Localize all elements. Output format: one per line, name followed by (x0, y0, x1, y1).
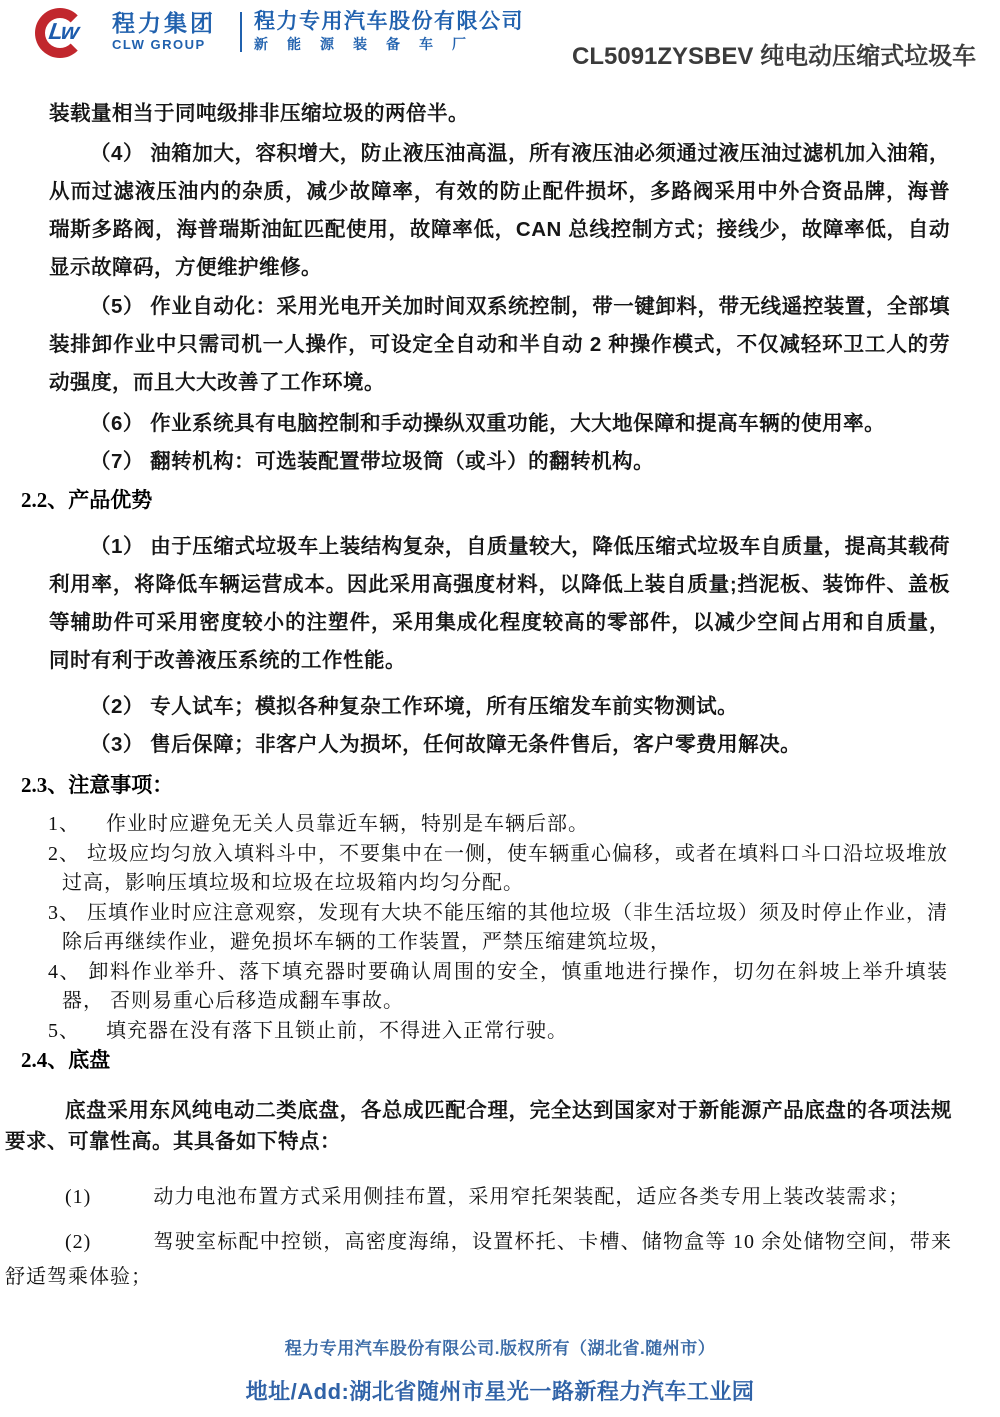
address-line: 地址/Add:湖北省随州市星光一路新程力汽车工业园 (0, 1378, 1000, 1406)
notice-item-number: 5、 (48, 1020, 80, 1042)
notice-list: 1、作业时应避免无关人员靠近车辆，特别是车辆后部。 2、垃圾应均匀放入填料斗中，… (0, 810, 1000, 1046)
chassis-item-1: (1)动力电池布置方式采用侧挂布置，采用窄托架装配，适应各类专用上装改装需求； (5, 1180, 952, 1215)
document-body: 装载量相当于同吨级排非压缩垃圾的两倍半。 （4） 油箱加大，容积增大，防止液压油… (0, 95, 1000, 1295)
notice-item-3: 3、压填作业时应注意观察，发现有大块不能压缩的其他垃圾（非生活垃圾）须及时停止作… (62, 899, 948, 958)
page-header: Lw 程力集团 CLW GROUP 程力专用汽车股份有限公司 新能源装备车厂 C… (0, 0, 1000, 70)
notice-item-5: 5、填充器在没有落下且锁止前，不得进入正常行驶。 (62, 1017, 948, 1047)
feature-paragraph-5: （5） 作业自动化：采用光电开关加时间双系统控制，带一键卸料，带无线遥控装置，全… (49, 288, 950, 402)
chassis-item-number: (2) (65, 1231, 91, 1253)
notice-item-text: 压填作业时应注意观察，发现有大块不能压缩的其他垃圾（非生活垃圾）须及时停止作业，… (62, 902, 948, 954)
document-page: Lw 程力集团 CLW GROUP 程力专用汽车股份有限公司 新能源装备车厂 C… (0, 0, 1000, 1417)
copyright-line: 程力专用汽车股份有限公司.版权所有（湖北省.随州市） (0, 1338, 1000, 1360)
notice-item-text: 填充器在没有落下且锁止前，不得进入正常行驶。 (106, 1020, 568, 1042)
notice-item-text: 作业时应避免无关人员靠近车辆，特别是车辆后部。 (106, 813, 589, 835)
feature-paragraph-6: （6） 作业系统具有电脑控制和手动操纵双重功能，大大地保障和提高车辆的使用率。 (49, 405, 950, 443)
notice-item-number: 2、 (48, 843, 80, 865)
notice-item-number: 1、 (48, 813, 80, 835)
advantage-paragraph-3: （3） 售后保障；非客户人为损坏，任何故障无条件售后，客户零费用解决。 (49, 726, 950, 764)
chassis-item-text: 驾驶室标配中控锁，高密度海绵，设置杯托、卡槽、储物盒等 10 余处储物空间，带来… (5, 1231, 952, 1288)
brand-name-en: CLW GROUP (112, 38, 242, 52)
advantage-paragraph-1: （1） 由于压缩式垃圾车上装结构复杂，自质量较大，降低压缩式垃圾车自质量，提高其… (49, 528, 950, 680)
advantage-paragraph-2: （2） 专人试车；模拟各种复杂工作环境，所有压缩发车前实物测试。 (49, 688, 950, 726)
chassis-item-2: (2)驾驶室标配中控锁，高密度海绵，设置杯托、卡槽、储物盒等 10 余处储物空间… (5, 1225, 952, 1295)
company-name: 程力专用汽车股份有限公司 (254, 10, 574, 33)
feature-paragraph-4: （4） 油箱加大，容积增大，防止液压油高温，所有液压油必须通过液压油过滤机加入油… (49, 135, 950, 287)
clw-logo: Lw (35, 7, 99, 59)
company-subtitle: 新能源装备车厂 (254, 36, 574, 52)
notice-item-4: 4、卸料作业举升、落下填充器时要确认周围的安全，慎重地进行操作，切勿在斜坡上举升… (62, 958, 948, 1017)
chassis-intro-paragraph: 底盘采用东风纯电动二类底盘，各总成匹配合理，完全达到国家对于新能源产品底盘的各项… (5, 1095, 952, 1157)
notice-item-1: 1、作业时应避免无关人员靠近车辆，特别是车辆后部。 (62, 810, 948, 840)
brand-name-cn: 程力集团 (112, 11, 242, 36)
company-block: 程力专用汽车股份有限公司 新能源装备车厂 (254, 10, 574, 52)
feature-paragraph-7: （7） 翻转机构：可选装配置带垃圾筒（或斗）的翻转机构。 (49, 443, 950, 481)
notice-item-number: 4、 (48, 961, 81, 983)
section-heading-2-3: 2.3、注意事项： (21, 772, 1000, 798)
notice-item-text: 卸料作业举升、落下填充器时要确认周围的安全，慎重地进行操作，切勿在斜坡上举升填装… (62, 961, 948, 1013)
document-title: CL5091ZYSBEV 纯电动压缩式垃圾车 (572, 36, 992, 71)
page-footer: 程力专用汽车股份有限公司.版权所有（湖北省.随州市） 地址/Add:湖北省随州市… (0, 1338, 1000, 1406)
notice-item-2: 2、垃圾应均匀放入填料斗中，不要集中在一侧，使车辆重心偏移，或者在填料口斗口沿垃… (62, 840, 948, 899)
notice-item-text: 垃圾应均匀放入填料斗中，不要集中在一侧，使车辆重心偏移，或者在填料口斗口沿垃圾堆… (62, 843, 948, 895)
notice-item-number: 3、 (48, 902, 80, 924)
brand-block: 程力集团 CLW GROUP (112, 11, 242, 52)
logo-lw-icon: Lw (47, 18, 79, 45)
chassis-item-number: (1) (65, 1186, 91, 1208)
paragraph-continuation: 装载量相当于同吨级排非压缩垃圾的两倍半。 (49, 95, 950, 133)
section-heading-2-2: 2.2、产品优势 (21, 487, 1000, 513)
chassis-item-text: 动力电池布置方式采用侧挂布置，采用窄托架装配，适应各类专用上装改装需求； (153, 1186, 909, 1208)
section-heading-2-4: 2.4、底盘 (21, 1047, 1000, 1073)
header-divider (240, 12, 242, 52)
